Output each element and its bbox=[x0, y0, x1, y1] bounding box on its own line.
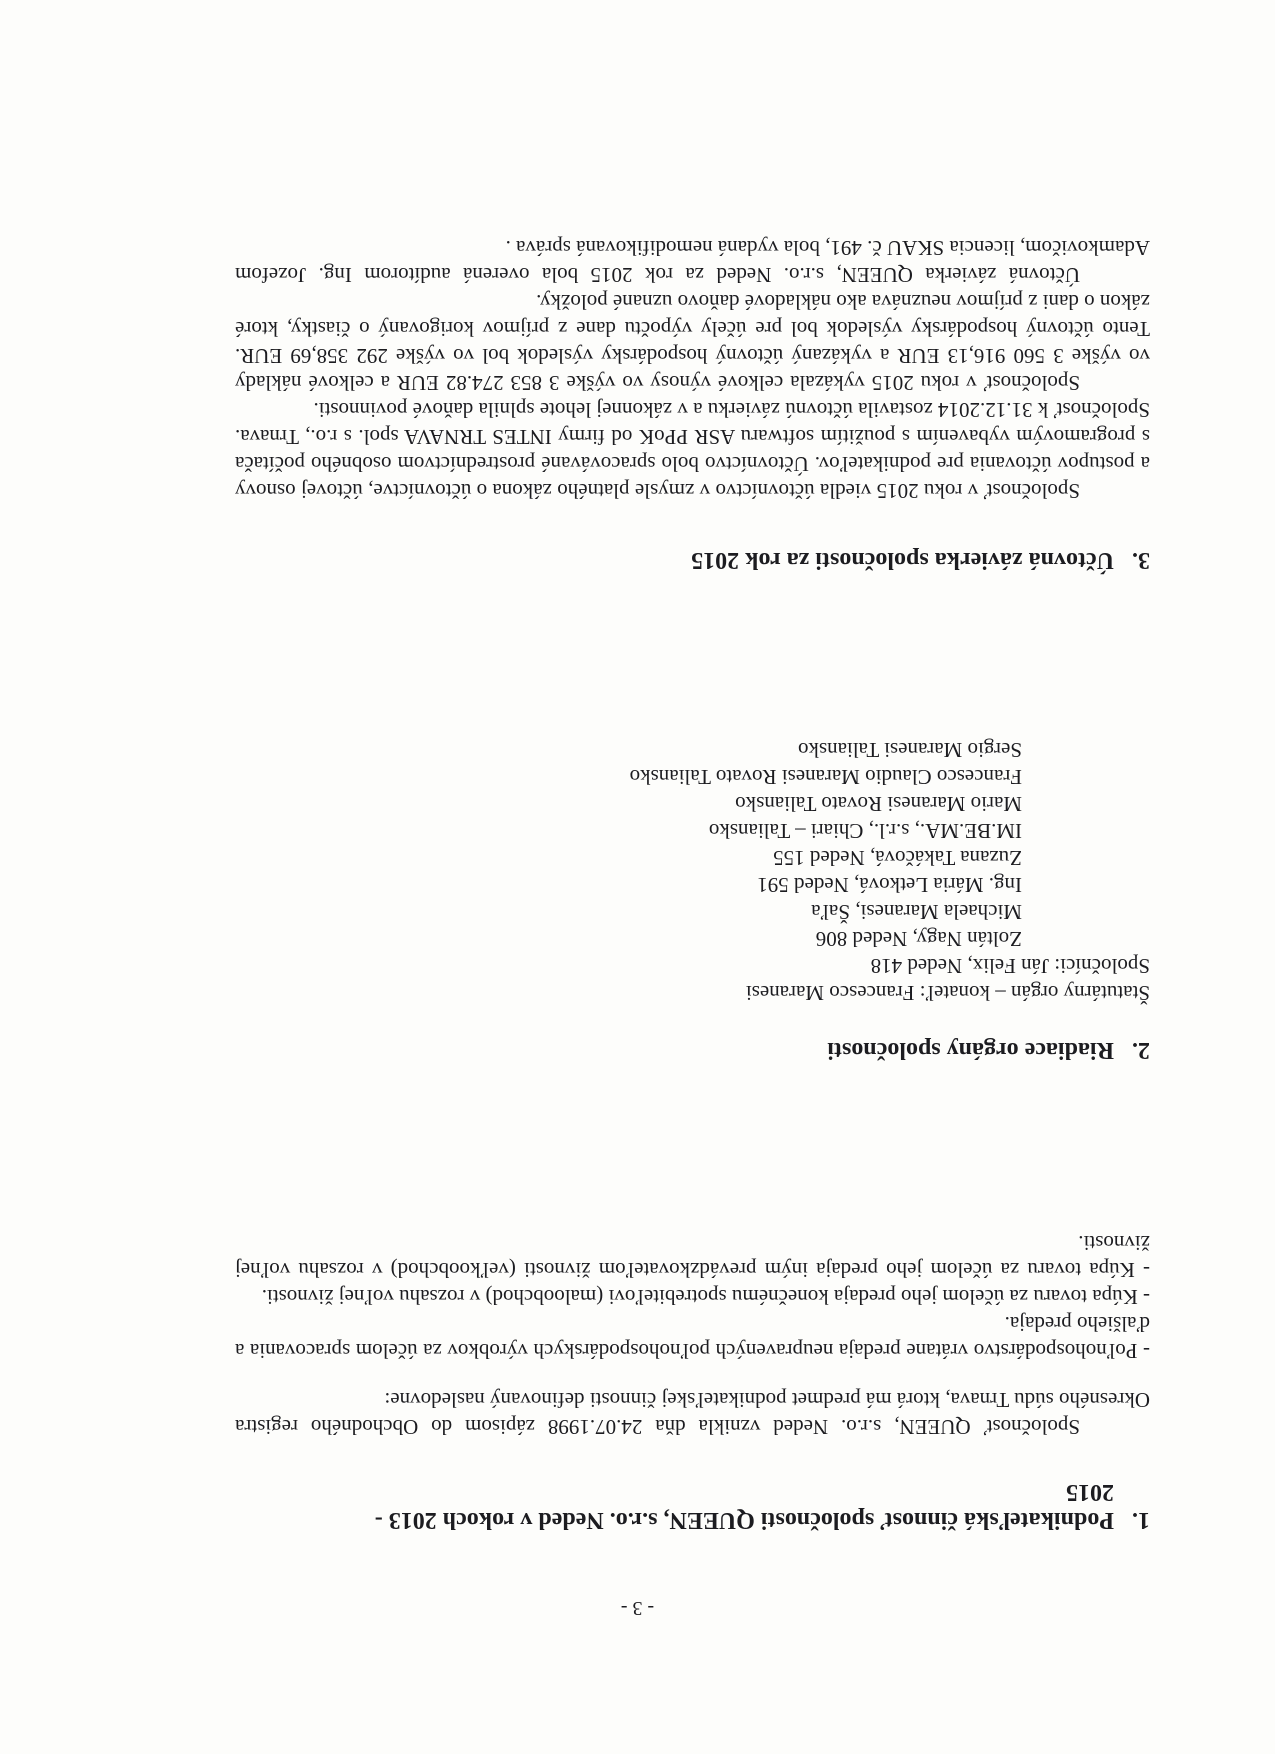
partner-entry: Francesco Claudio Maranesi Rovato Talian… bbox=[235, 763, 1150, 790]
section-1-title-line1: Podnikateľská činnosť spoločnosti QUEEN,… bbox=[375, 1507, 1114, 1533]
accounting-paragraph: Spoločnosť v roku 2015 viedla účtovníctv… bbox=[235, 396, 1150, 504]
section-governing-bodies: 2. Riadiace orgány spoločnosti Štatutárn… bbox=[235, 736, 1150, 1064]
section-3-title: Účtovná závierka spoločnosti za rok 2015 bbox=[691, 546, 1114, 574]
partner-entry: Ing. Mária Letková, Neded 591 bbox=[235, 871, 1150, 898]
section-1-intro: Spoločnosť QUEEN, s.r.o. Neded vznikla d… bbox=[235, 1386, 1150, 1440]
partner-entry: Mario Maranesi Rovato Taliansko bbox=[235, 790, 1150, 817]
partners-label: Spoločníci: bbox=[1054, 954, 1150, 978]
section-2-number: 2. bbox=[1128, 1036, 1150, 1064]
section-1-title-line2: 2015 bbox=[1066, 1479, 1114, 1505]
section-2-heading: 2. Riadiace orgány spoločnosti bbox=[235, 1036, 1150, 1064]
activity-item: - Kúpa tovaru za účelom jeho predaja iný… bbox=[235, 1229, 1150, 1283]
partner-entry: Zuzana Takáčová, Neded 155 bbox=[235, 844, 1150, 871]
audit-paragraph: Účtovná závierka QUEEN, s.r.o. Neded za … bbox=[235, 234, 1150, 288]
section-business-activity: 1. Podnikateľská činnosť spoločnosti QUE… bbox=[235, 1229, 1150, 1534]
scanned-page: - 3 - 1. Podnikateľská činnosť spoločnos… bbox=[0, 0, 1275, 1754]
page-number: - 3 - bbox=[0, 1596, 1275, 1619]
partner-entry: Ján Felix, Neded 418 bbox=[871, 954, 1049, 978]
section-3-heading: 3. Účtovná závierka spoločnosti za rok 2… bbox=[235, 546, 1150, 574]
section-2-title: Riadiace orgány spoločnosti bbox=[827, 1036, 1114, 1064]
results-paragraph: Spoločnosť v roku 2015 vykázala celkové … bbox=[235, 288, 1150, 396]
governing-bodies-list: Štatutárny orgán – konateľ: Francesco Ma… bbox=[235, 736, 1150, 1006]
section-financial-statements: 3. Účtovná závierka spoločnosti za rok 2… bbox=[235, 234, 1150, 574]
section-1-number: 1. bbox=[1128, 1478, 1150, 1534]
statutory-body: Štatutárny orgán – konateľ: Francesco Ma… bbox=[235, 979, 1150, 1006]
partners-first-line: Spoločníci: Ján Felix, Neded 418 bbox=[235, 952, 1150, 979]
partner-entry: Michaela Maranesi, Šaľa bbox=[235, 898, 1150, 925]
section-1-heading: 1. Podnikateľská činnosť spoločnosti QUE… bbox=[235, 1478, 1150, 1534]
partner-entry: Zoltán Nagy, Neded 806 bbox=[235, 925, 1150, 952]
section-3-body: Spoločnosť v roku 2015 viedla účtovníctv… bbox=[235, 234, 1150, 504]
section-1-title: Podnikateľská činnosť spoločnosti QUEEN,… bbox=[375, 1478, 1114, 1534]
activity-list: - Poľnohospodárstvo vrátane predaja neup… bbox=[235, 1229, 1150, 1364]
activity-item: - Poľnohospodárstvo vrátane predaja neup… bbox=[235, 1310, 1150, 1364]
partner-entry: IM.BE.MA., s.r.l., Chiari – Taliansko bbox=[235, 817, 1150, 844]
activity-item: - Kúpa tovaru za účelom jeho predaja kon… bbox=[235, 1283, 1150, 1310]
partner-entry: Sergio Maranesi Taliansko bbox=[235, 736, 1150, 763]
section-3-number: 3. bbox=[1128, 546, 1150, 574]
